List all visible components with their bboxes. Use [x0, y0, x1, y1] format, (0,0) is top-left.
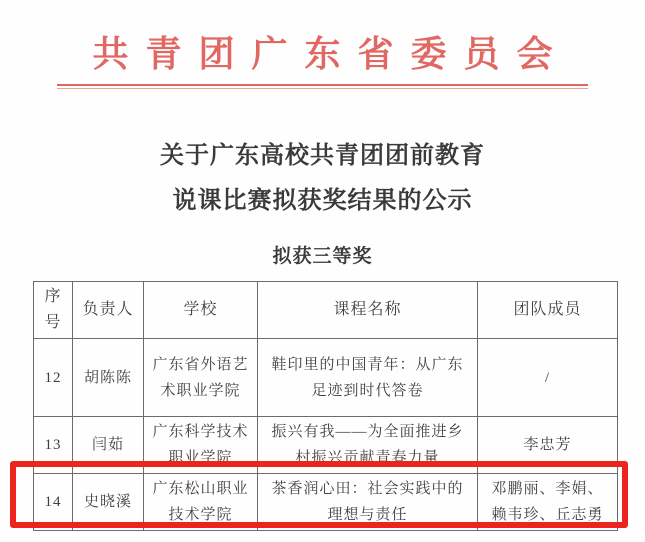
cell-no: 12: [34, 339, 73, 417]
column-header-leader: 负责人: [73, 282, 144, 339]
column-header-school: 学校: [144, 282, 258, 339]
table-row: 14 史晓溪 广东松山职业技术学院 茶香润心田：社会实践中的理想与责任 邓鹏丽、…: [34, 474, 618, 531]
cell-course: 茶香润心田：社会实践中的理想与责任: [258, 474, 478, 531]
cell-no: 14: [34, 474, 73, 531]
table-row: 13 闫茹 广东科学技术职业学院 振兴有我——为全面推进乡村振兴贡献青春力量 李…: [34, 417, 618, 474]
cell-members: 李忠芳: [478, 417, 618, 474]
cell-members: /: [478, 339, 618, 417]
cell-leader: 闫茹: [73, 417, 144, 474]
cell-no: 13: [34, 417, 73, 474]
cell-school: 广东省外语艺术职业学院: [144, 339, 258, 417]
cell-members: 邓鹏丽、李娟、赖韦珍、丘志勇: [478, 474, 618, 531]
document-title-line1: 关于广东高校共青团团前教育: [0, 134, 645, 179]
document-title: 关于广东高校共青团团前教育 说课比赛拟获奖结果的公示: [0, 134, 645, 224]
column-header-course: 课程名称: [258, 282, 478, 339]
cell-course: 振兴有我——为全面推进乡村振兴贡献青春力量: [258, 417, 478, 474]
table-row: 12 胡陈陈 广东省外语艺术职业学院 鞋印里的中国青年：从广东足迹到时代答卷 /: [34, 339, 618, 417]
section-title-third-prize: 拟获三等奖: [0, 241, 645, 268]
document-page: { "letterhead": { "org_name": "共青团广东省委员会…: [0, 0, 645, 542]
cell-school: 广东松山职业技术学院: [144, 474, 258, 531]
cell-school: 广东科学技术职业学院: [144, 417, 258, 474]
table-body: 12 胡陈陈 广东省外语艺术职业学院 鞋印里的中国青年：从广东足迹到时代答卷 /…: [34, 339, 618, 531]
column-header-members: 团队成员: [478, 282, 618, 339]
letterhead-org-name: 共青团广东省委员会: [0, 26, 645, 77]
document-title-line2: 说课比赛拟获奖结果的公示: [0, 179, 645, 224]
table-header-row: 序号 负责人 学校 课程名称 团队成员: [34, 282, 618, 339]
letterhead-double-rule: [57, 84, 588, 89]
cell-leader: 胡陈陈: [73, 339, 144, 417]
column-header-no: 序号: [34, 282, 73, 339]
cell-leader: 史晓溪: [73, 474, 144, 531]
award-table: 序号 负责人 学校 课程名称 团队成员 12 胡陈陈 广东省外语艺术职业学院 鞋…: [33, 281, 618, 531]
cell-course: 鞋印里的中国青年：从广东足迹到时代答卷: [258, 339, 478, 417]
